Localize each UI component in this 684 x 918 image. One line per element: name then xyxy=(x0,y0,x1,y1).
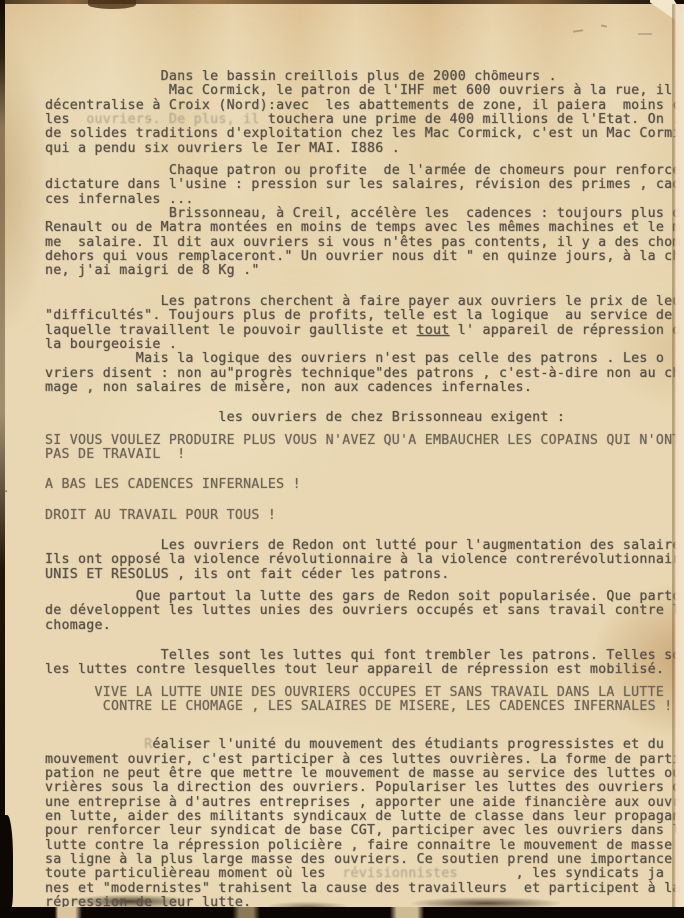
blank-line xyxy=(45,523,684,539)
text-line: les ouvriers de chez Brissonneau exigent… xyxy=(45,411,684,425)
right-page-edge xyxy=(672,4,684,907)
text-line: ces infernales ... xyxy=(45,193,684,207)
text-line: A BAS LES CADENCES INFERNALES ! xyxy=(45,478,684,492)
text-line: Les patrons cherchent à faire payer aux … xyxy=(45,295,684,309)
text-line: Renault ou de Matra montées en moins de … xyxy=(45,221,684,235)
document-page: Dans le bassin creillois plus de 2000 ch… xyxy=(0,0,684,918)
text-line: "difficultés". Toujours plus de profits,… xyxy=(45,309,684,323)
left-bottom-tear xyxy=(0,815,13,910)
blank-line xyxy=(45,633,684,649)
text-line: PAS DE TRAVAIL ! xyxy=(45,448,684,462)
bottom-tear-strip xyxy=(0,907,684,918)
text-line: Mac Cormick, le patron de l'IHF met 600 … xyxy=(45,84,684,98)
text-line: DROIT AU TRAVAIL POUR TOUS ! xyxy=(45,509,684,523)
text-line: CONTRE LE CHOMAGE , LES SALAIRES DE MISE… xyxy=(45,700,684,714)
blank-line xyxy=(45,714,684,738)
text-line: Ils ont opposé la violence révolutionnai… xyxy=(45,553,684,567)
top-edge-smudge xyxy=(88,0,136,9)
text-line: Réaliser l'unité du mouvement des étudia… xyxy=(45,738,684,752)
blank-line xyxy=(45,279,684,295)
text-line: les luttes contre lesquelles tout leur a… xyxy=(45,663,684,677)
text-line: UNIS ET RESOLUS , ils ont fait céder les… xyxy=(45,568,684,582)
text-line: vrières sous la direction des ouvriers. … xyxy=(45,781,684,795)
blank-line xyxy=(45,462,684,478)
text-line: vriers disent : non au"progrès technique… xyxy=(45,367,684,381)
text-line: pour renforcer leur syndicat de base CGT… xyxy=(45,824,684,838)
text-line: me salaire. Il dit aux ouvriers si vous … xyxy=(45,236,684,250)
text-block: Dans le bassin creillois plus de 2000 ch… xyxy=(45,70,684,911)
text-line: ne, j'ai maigri de 8 Kg ." xyxy=(45,264,684,278)
text-line: décentralise à Croix (Nord):avec les aba… xyxy=(45,99,684,113)
left-edge-shadow xyxy=(0,0,5,918)
text-line: nes et "modernistes" trahisent la cause … xyxy=(45,882,684,896)
text-line: lutte contre la répression policière , f… xyxy=(45,839,684,853)
text-line: de solides traditions d'exploitation che… xyxy=(45,127,684,141)
blank-line xyxy=(45,493,684,509)
text-line: chomage. xyxy=(45,619,684,633)
text-line: Mais la logique des ouvriers n'est pas c… xyxy=(45,352,684,366)
text-line: mage , non salaires de misère, non aux c… xyxy=(45,381,684,395)
text-line: toute particulièreau moment où les révis… xyxy=(45,867,684,881)
text-line: mouvement ouvrier, c'est participer à ce… xyxy=(45,753,684,767)
text-line: SI VOUS VOULEZ PRODUIRE PLUS VOUS N'AVEZ… xyxy=(45,434,684,448)
text-line: qui a pendu six ouvriers le Ier MAI. I88… xyxy=(45,142,684,156)
text-line: de développent les luttes unies des ouvr… xyxy=(45,604,684,618)
pencil-mark xyxy=(638,33,652,35)
text-line: une entreprise à d'autres entreprises , … xyxy=(45,796,684,810)
text-line: dictature dans l'usine : pression sur le… xyxy=(45,178,684,192)
text-line: VIVE LA LUTTE UNIE DES OUVRIERS OCCUPES … xyxy=(45,686,684,700)
blank-line xyxy=(45,395,684,411)
text-line: laquelle travaillent le pouvoir gaullist… xyxy=(45,324,684,338)
